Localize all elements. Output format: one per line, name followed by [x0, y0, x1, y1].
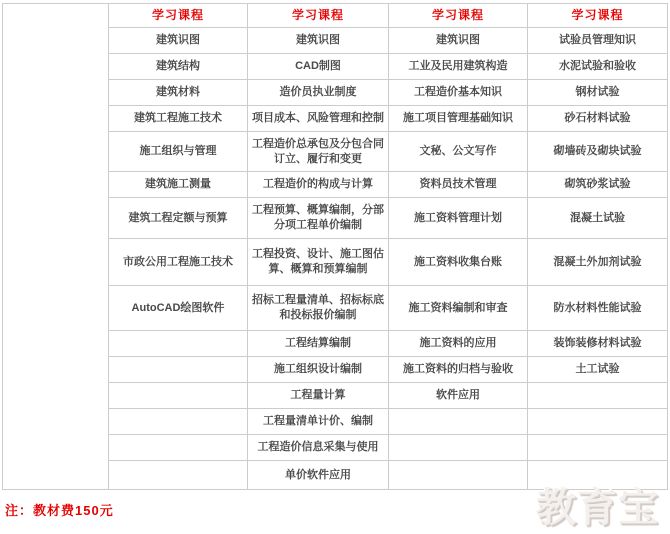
- category-column-cell: [3, 4, 109, 490]
- course-cell: 市政公用工程施工技术: [109, 239, 248, 286]
- header-row: 学习课程 学习课程 学习课程 学习课程: [3, 4, 668, 28]
- course-cell: 混凝土试验: [528, 198, 668, 239]
- course-cell: AutoCAD绘图软件: [109, 286, 248, 331]
- course-cell: [389, 461, 528, 490]
- course-cell: 工程造价信息采集与使用: [248, 435, 389, 461]
- course-cell: 单价软件应用: [248, 461, 389, 490]
- course-cell: [109, 435, 248, 461]
- course-cell: [109, 357, 248, 383]
- course-cell: 文秘、公文写作: [389, 132, 528, 172]
- page: 学习课程 学习课程 学习课程 学习课程 建筑识图 建筑识图 建筑识图 试验员管理…: [0, 0, 670, 534]
- course-cell: 施工组织设计编制: [248, 357, 389, 383]
- course-cell: 造价员执业制度: [248, 80, 389, 106]
- course-table: 学习课程 学习课程 学习课程 学习课程 建筑识图 建筑识图 建筑识图 试验员管理…: [2, 3, 668, 490]
- course-cell: 工程结算编制: [248, 331, 389, 357]
- course-cell: 建筑工程定额与预算: [109, 198, 248, 239]
- course-cell: 建筑识图: [389, 28, 528, 54]
- course-cell: 施工组织与管理: [109, 132, 248, 172]
- course-cell: 建筑材料: [109, 80, 248, 106]
- course-cell: 建筑识图: [109, 28, 248, 54]
- course-cell: 装饰装修材料试验: [528, 331, 668, 357]
- course-cell: 建筑工程施工技术: [109, 106, 248, 132]
- course-cell: [109, 461, 248, 490]
- course-cell: [109, 383, 248, 409]
- course-cell: 工程造价基本知识: [389, 80, 528, 106]
- course-cell: 施工资料管理计划: [389, 198, 528, 239]
- course-cell: 招标工程量清单、招标标底和投标报价编制: [248, 286, 389, 331]
- course-cell: [389, 409, 528, 435]
- course-cell: 砂石材料试验: [528, 106, 668, 132]
- course-cell: 砌墙砖及砌块试验: [528, 132, 668, 172]
- course-cell: 试验员管理知识: [528, 28, 668, 54]
- course-cell: [528, 383, 668, 409]
- column-header: 学习课程: [248, 4, 389, 28]
- course-cell: 施工资料的归档与验收: [389, 357, 528, 383]
- course-cell: 项目成本、风险管理和控制: [248, 106, 389, 132]
- course-cell: 工程造价总承包及分包合同订立、履行和变更: [248, 132, 389, 172]
- course-cell: 混凝土外加剂试验: [528, 239, 668, 286]
- materials-fee-note: 注：教材费150元: [5, 500, 114, 519]
- course-cell: [528, 435, 668, 461]
- course-cell: 资料员技术管理: [389, 172, 528, 198]
- course-cell: 建筑识图: [248, 28, 389, 54]
- course-cell: 建筑施工测量: [109, 172, 248, 198]
- course-cell: [109, 331, 248, 357]
- column-header: 学习课程: [109, 4, 248, 28]
- course-cell: 水泥试验和验收: [528, 54, 668, 80]
- course-cell: 防水材料性能试验: [528, 286, 668, 331]
- course-cell: [389, 435, 528, 461]
- course-cell: 建筑结构: [109, 54, 248, 80]
- course-cell: 工程造价的构成与计算: [248, 172, 389, 198]
- course-cell: 施工资料的应用: [389, 331, 528, 357]
- course-cell: 工程投资、设计、施工图估算、概算和预算编制: [248, 239, 389, 286]
- course-cell: [109, 409, 248, 435]
- course-cell: CAD制图: [248, 54, 389, 80]
- course-cell: 工业及民用建筑构造: [389, 54, 528, 80]
- course-cell: 钢材试验: [528, 80, 668, 106]
- course-cell: 施工资料收集台账: [389, 239, 528, 286]
- column-header: 学习课程: [389, 4, 528, 28]
- course-cell: 施工资料编制和审查: [389, 286, 528, 331]
- course-cell: 软件应用: [389, 383, 528, 409]
- course-cell: 土工试验: [528, 357, 668, 383]
- course-cell: 施工项目管理基础知识: [389, 106, 528, 132]
- course-cell: 工程量清单计价、编制: [248, 409, 389, 435]
- column-header: 学习课程: [528, 4, 668, 28]
- course-cell: 工程预算、概算编制，分部分项工程单价编制: [248, 198, 389, 239]
- course-cell: 砌筑砂浆试验: [528, 172, 668, 198]
- course-cell: [528, 409, 668, 435]
- course-cell: [528, 461, 668, 490]
- course-cell: 工程量计算: [248, 383, 389, 409]
